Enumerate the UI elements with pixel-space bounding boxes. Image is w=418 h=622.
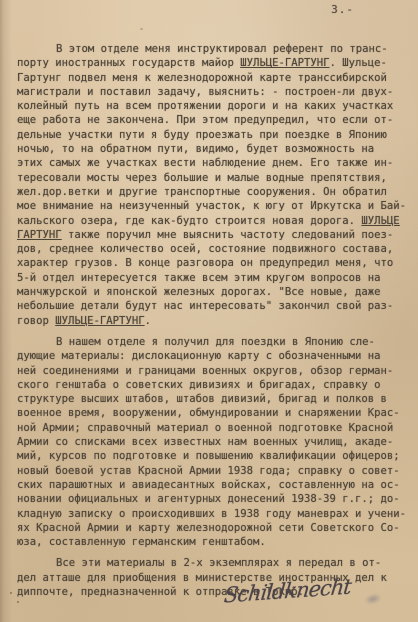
text-line: тересовали мосты через большие и малые в… — [17, 171, 405, 185]
text-line: еще работа не закончена. При этом предуп… — [17, 113, 405, 127]
text-line: ского генштаба о советских дивизиях и бр… — [17, 378, 405, 392]
text-line: этих самых же участках вести наблюдение … — [17, 156, 405, 170]
text-line: говор ШУЛЬЦЕ-ГАРТУНГ. — [17, 314, 405, 328]
text-line: ней соединениями и границами военных окр… — [17, 364, 405, 378]
text-line: структуре высших штабов, штабов дивизий,… — [17, 392, 405, 406]
text-line: ских парашютных и авиадесантных войсках,… — [17, 478, 405, 492]
text-line: Все эти материалы в 2-х экземплярах я пе… — [17, 556, 405, 570]
text-line: мий, курсов по подготовке и повышению кв… — [17, 449, 405, 463]
text-line: 5-й отдел интересуется также всем этим к… — [17, 271, 405, 285]
text-line: магистрали и поставил задачу, выяснить: … — [17, 85, 405, 99]
text-line: жел.дор.ветки и другие транспортные соор… — [17, 185, 405, 199]
text-line: ной Армии; справочный материал о военной… — [17, 421, 405, 435]
paragraph: В этом отделе меня инструктировал рефере… — [17, 42, 405, 328]
text-line: Гартунг подвел меня к железнодорожной ка… — [17, 71, 405, 85]
text-line: В нашем отделе я получил для поездки в Я… — [17, 335, 405, 349]
text-line: дельные участки пути я буду проезжать пр… — [17, 128, 405, 142]
scanned-document-page: 3.- В этом отделе меня инструктировал ре… — [0, 0, 418, 622]
page-number: 3.- — [331, 3, 354, 16]
text-line: новый боевой устав Красной Армии 1938 го… — [17, 464, 405, 478]
text-line: юза, составленную германским генштабом. — [17, 535, 405, 549]
text-line: кальского озера, где как-будто строится … — [17, 214, 405, 228]
text-line: порту иностранных государств майор ШУЛЬЦ… — [17, 56, 405, 70]
text-line: ночью, то на обратном пути, видимо, буде… — [17, 142, 405, 156]
text-line: характер грузов. В конце разговора он пр… — [17, 256, 405, 270]
text-line: ГАРТУНГ также поручил мне выяснить часто… — [17, 228, 405, 242]
paragraph: В нашем отделе я получил для поездки в Я… — [17, 335, 405, 549]
text-line: военное время, вооружении, обмундировани… — [17, 406, 405, 420]
paper-speck — [10, 592, 12, 594]
text-line: манчжурской и японской железных дорогах.… — [17, 285, 405, 299]
text-line: ях Красной Армии и карту железнодорожной… — [17, 521, 405, 535]
text-line: дующие материалы: дислокационную карту с… — [17, 349, 405, 363]
text-line: кладную записку о происходивших в 1938 г… — [17, 507, 405, 521]
text-line: колейный путь на всем протяжении дороги … — [17, 99, 405, 113]
text-line: дов, среднее количество осей, состояние … — [17, 242, 405, 256]
text-line: новании официальных и агентурных донесен… — [17, 492, 405, 506]
text-line: небольшие детали будут нас интересовать"… — [17, 299, 405, 313]
text-line: В этом отделе меня инструктировал рефере… — [17, 42, 405, 56]
paper-speck — [140, 28, 143, 30]
paper-speck — [17, 601, 19, 603]
document-body: В этом отделе меня инструктировал рефере… — [17, 42, 405, 599]
text-line: мое внимание на неизученный участок, к ю… — [17, 199, 405, 213]
text-line: Армии со списками всех известных нам вое… — [17, 435, 405, 449]
